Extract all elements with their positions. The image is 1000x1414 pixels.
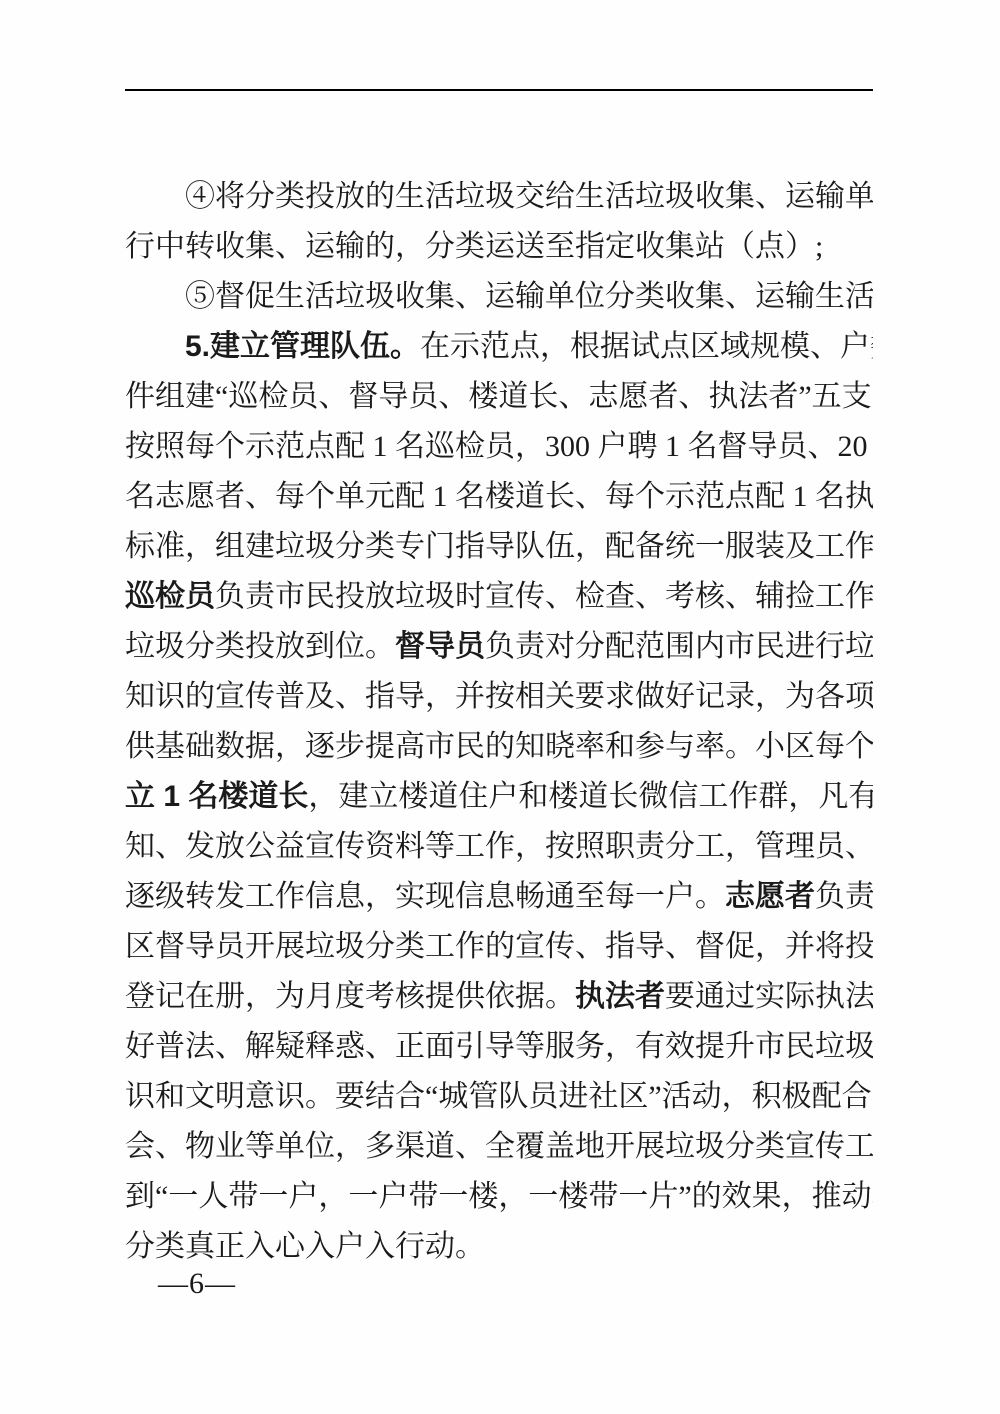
body-text: 逐级转发工作信息，实现信息畅通至每一户。	[125, 880, 725, 913]
body-text: ④将分类投放的生活垃圾交给生活垃圾收集、运输单位，实	[185, 180, 873, 213]
body-text: 区督导员开展垃圾分类工作的宣传、指导、督促，并将投放结果	[125, 930, 873, 963]
body-text: 好普法、解疑释惑、正面引导等服务，有效提升市民垃圾分类意	[125, 1030, 873, 1063]
text-line: ④将分类投放的生活垃圾交给生活垃圾收集、运输单位，实	[125, 172, 873, 222]
body-text: 在示范点，根据试点区域规模、户数等条	[420, 330, 873, 363]
body-text: 到“一人带一户，一户带一楼，一楼带一片”的效果，推动垃圾	[125, 1180, 873, 1213]
document-page: ④将分类投放的生活垃圾交给生活垃圾收集、运输单位，实行中转收集、运输的，分类运送…	[0, 0, 1000, 1414]
text-line: 登记在册，为月度考核提供依据。执法者要通过实际执法案例做	[125, 972, 873, 1022]
body-text: ，建立楼道住户和楼道长微信工作群，凡有各类通	[308, 780, 873, 813]
text-line: 名志愿者、每个单元配 1 名楼道长、每个示范点配 1 名执法者的	[125, 472, 873, 522]
text-line: 知识的宣传普及、指导，并按相关要求做好记录，为各项工作提	[125, 672, 873, 722]
text-line: 区督导员开展垃圾分类工作的宣传、指导、督促，并将投放结果	[125, 922, 873, 972]
emphasis-text: 督导员	[395, 630, 485, 663]
emphasis-text: 志愿者	[725, 880, 815, 913]
body-text: 知、发放公益宣传资料等工作，按照职责分工，管理员、楼道长	[125, 830, 873, 863]
text-line: 到“一人带一户，一户带一楼，一楼带一片”的效果，推动垃圾	[125, 1172, 873, 1222]
emphasis-text: 5.建立管理队伍。	[185, 330, 420, 363]
body-text: 知识的宣传普及、指导，并按相关要求做好记录，为各项工作提	[125, 680, 873, 713]
body-text: 登记在册，为月度考核提供依据。	[125, 980, 575, 1013]
body-text: 要通过实际执法案例做	[665, 980, 873, 1013]
text-line: 巡检员负责市民投放垃圾时宣传、检查、考核、辅捡工作，确保	[125, 572, 873, 622]
text-line: 分类真正入心入户入行动。	[125, 1222, 873, 1272]
body-text: 行中转收集、运输的，分类运送至指定收集站（点）;	[125, 230, 823, 263]
body-text: 负责对分配范围内市民进行垃圾分类	[485, 630, 873, 663]
body-text: 负责市民投放垃圾时宣传、检查、考核、辅捡工作，确保	[215, 580, 873, 613]
text-line: 供基础数据，逐步提高市民的知晓率和参与率。小区每个单元设	[125, 722, 873, 772]
body-text: 会、物业等单位，多渠道、全覆盖地开展垃圾分类宣传工作，达	[125, 1130, 873, 1163]
document-body: ④将分类投放的生活垃圾交给生活垃圾收集、运输单位，实行中转收集、运输的，分类运送…	[125, 172, 873, 1272]
text-line: 件组建“巡检员、督导员、楼道长、志愿者、执法者”五支队伍。	[125, 372, 873, 422]
text-line: 识和文明意识。要结合“城管队员进社区”活动，积极配合居委	[125, 1072, 873, 1122]
text-line: 会、物业等单位，多渠道、全覆盖地开展垃圾分类宣传工作，达	[125, 1122, 873, 1172]
body-text: ⑤督促生活垃圾收集、运输单位分类收集、运输生活垃圾。	[185, 280, 873, 313]
body-text: 负责协助小	[815, 880, 873, 913]
body-text: 件组建“巡检员、督导员、楼道长、志愿者、执法者”五支队伍。	[125, 380, 873, 413]
emphasis-text: 巡检员	[125, 580, 215, 613]
text-line: ⑤督促生活垃圾收集、运输单位分类收集、运输生活垃圾。	[125, 272, 873, 322]
body-text: 标准，组建垃圾分类专门指导队伍，配备统一服装及工作用具。	[125, 530, 873, 563]
text-line: 立 1 名楼道长，建立楼道住户和楼道长微信工作群，凡有各类通	[125, 772, 873, 822]
body-text: 分类真正入心入户入行动。	[125, 1230, 485, 1263]
body-text: 识和文明意识。要结合“城管队员进社区”活动，积极配合居委	[125, 1080, 873, 1113]
text-line: 按照每个示范点配 1 名巡检员，300 户聘 1 名督导员、20 户配 1	[125, 422, 873, 472]
header-rule	[125, 89, 873, 91]
text-line: 5.建立管理队伍。在示范点，根据试点区域规模、户数等条	[125, 322, 873, 372]
body-text: 供基础数据，逐步提高市民的知晓率和参与率。小区每个单元设	[125, 730, 873, 763]
emphasis-text: 立 1 名楼道长	[125, 780, 308, 813]
page-number: —6—	[158, 1262, 236, 1306]
text-line: 行中转收集、运输的，分类运送至指定收集站（点）;	[125, 222, 873, 272]
text-line: 标准，组建垃圾分类专门指导队伍，配备统一服装及工作用具。	[125, 522, 873, 572]
emphasis-text: 执法者	[575, 980, 665, 1013]
text-line: 好普法、解疑释惑、正面引导等服务，有效提升市民垃圾分类意	[125, 1022, 873, 1072]
text-line: 知、发放公益宣传资料等工作，按照职责分工，管理员、楼道长	[125, 822, 873, 872]
body-text: 名志愿者、每个单元配 1 名楼道长、每个示范点配 1 名执法者的	[125, 480, 873, 513]
text-line: 逐级转发工作信息，实现信息畅通至每一户。志愿者负责协助小	[125, 872, 873, 922]
text-line: 垃圾分类投放到位。督导员负责对分配范围内市民进行垃圾分类	[125, 622, 873, 672]
body-text: 按照每个示范点配 1 名巡检员，300 户聘 1 名督导员、20 户配 1	[125, 430, 873, 463]
body-text: 垃圾分类投放到位。	[125, 630, 395, 663]
